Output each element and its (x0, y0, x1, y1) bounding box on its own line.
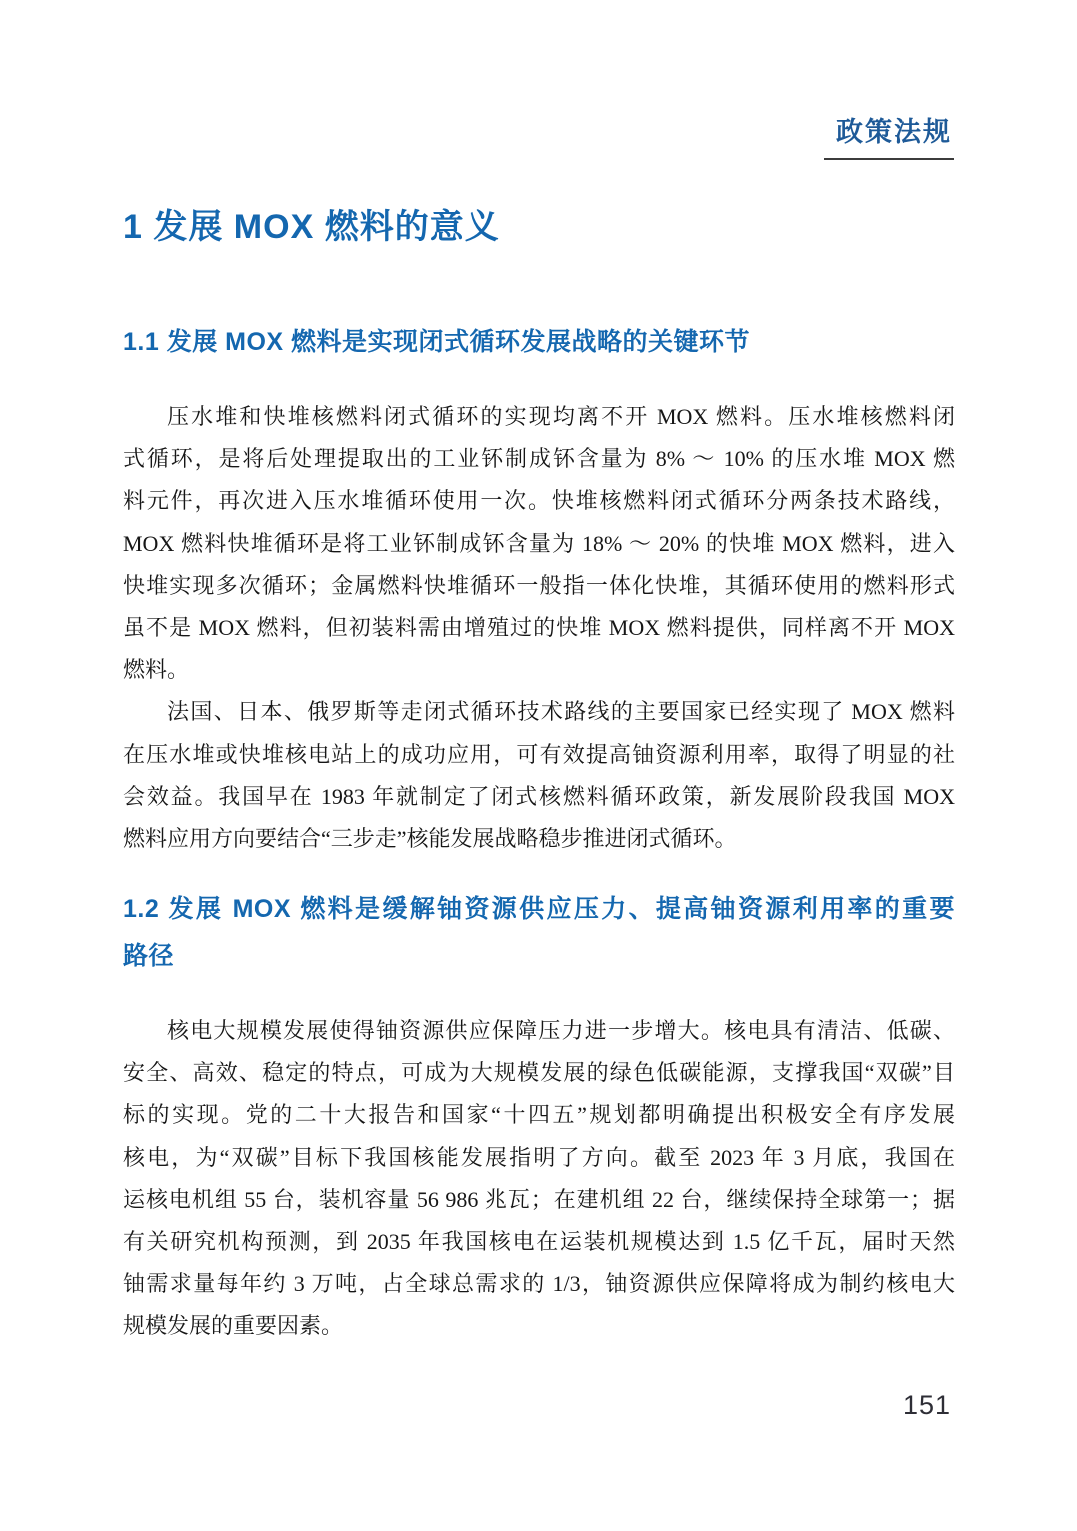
paragraph-3-line: 标的实现。党的二十大报告和国家“十四五”规划都明确提出积极安全有序发展 (123, 1094, 955, 1136)
paragraph-3-line: 核电，为“双碳”目标下我国核能发展指明了方向。截至 2023 年 3 月底，我国… (123, 1137, 955, 1179)
paragraph-2-line: 法国、日本、俄罗斯等走闭式循环技术路线的主要国家已经实现了 MOX 燃料 (123, 691, 955, 733)
section-heading-1-2-line: 路径 (123, 933, 955, 980)
paragraph-3-line: 核电大规模发展使得铀资源供应保障压力进一步增大。核电具有清洁、低碳、 (123, 1010, 955, 1052)
paragraph-3-line: 铀需求量每年约 3 万吨，占全球总需求的 1/3，铀资源供应保障将成为制约核电大 (123, 1263, 955, 1305)
paragraph-2-line: 燃料应用方向要结合“三步走”核能发展战略稳步推进闭式循环。 (123, 818, 955, 860)
paragraph-3-line: 规模发展的重要因素。 (123, 1305, 955, 1347)
paragraph-1-line: 料元件，再次进入压水堆循环使用一次。快堆核燃料闭式循环分两条技术路线， (123, 480, 955, 522)
paragraph-1-line: 压水堆和快堆核燃料闭式循环的实现均离不开 MOX 燃料。压水堆核燃料闭 (123, 396, 955, 438)
paragraph-1-line: 燃料。 (123, 649, 955, 691)
header-tag: 政策法规 (824, 110, 954, 160)
paragraph-3-line: 有关研究机构预测，到 2035 年我国核电在运装机规模达到 1.5 亿千瓦，届时… (123, 1221, 955, 1263)
body-text-block-2: 核电大规模发展使得铀资源供应保障压力进一步增大。核电具有清洁、低碳、 安全、高效… (123, 1010, 955, 1348)
paragraph-1-line: 式循环，是将后处理提取出的工业钚制成钚含量为 8% ～ 10% 的压水堆 MOX… (123, 438, 955, 480)
paragraph-3-line: 运核电机组 55 台，装机容量 56 986 兆瓦；在建机组 22 台，继续保持… (123, 1179, 955, 1221)
document-page: 政策法规 1 发展 MOX 燃料的意义 1.1 发展 MOX 燃料是实现闭式循环… (0, 0, 1077, 1531)
paragraph-1-line: MOX 燃料快堆循环是将工业钚制成钚含量为 18% ～ 20% 的快堆 MOX … (123, 523, 955, 565)
section-heading-1-1: 1.1 发展 MOX 燃料是实现闭式循环发展战略的关键环节 (123, 322, 955, 358)
page-number: 151 (903, 1390, 951, 1421)
section-heading-1: 1 发展 MOX 燃料的意义 (123, 199, 955, 248)
paragraph-1-line: 快堆实现多次循环；金属燃料快堆循环一般指一体化快堆，其循环使用的燃料形式 (123, 565, 955, 607)
paragraph-3-line: 安全、高效、稳定的特点，可成为大规模发展的绿色低碳能源，支撑我国“双碳”目 (123, 1052, 955, 1094)
section-heading-1-2: 1.2 发展 MOX 燃料是缓解铀资源供应压力、提高铀资源利用率的重要 路径 (123, 886, 955, 980)
body-text-block-1: 压水堆和快堆核燃料闭式循环的实现均离不开 MOX 燃料。压水堆核燃料闭 式循环，… (123, 396, 955, 860)
paragraph-2-line: 会效益。我国早在 1983 年就制定了闭式核燃料循环政策，新发展阶段我国 MOX (123, 776, 955, 818)
paragraph-2-line: 在压水堆或快堆核电站上的成功应用，可有效提高铀资源利用率，取得了明显的社 (123, 734, 955, 776)
section-heading-1-2-line: 1.2 发展 MOX 燃料是缓解铀资源供应压力、提高铀资源利用率的重要 (123, 886, 955, 933)
paragraph-1-line: 虽不是 MOX 燃料，但初装料需由增殖过的快堆 MOX 燃料提供，同样离不开 M… (123, 607, 955, 649)
